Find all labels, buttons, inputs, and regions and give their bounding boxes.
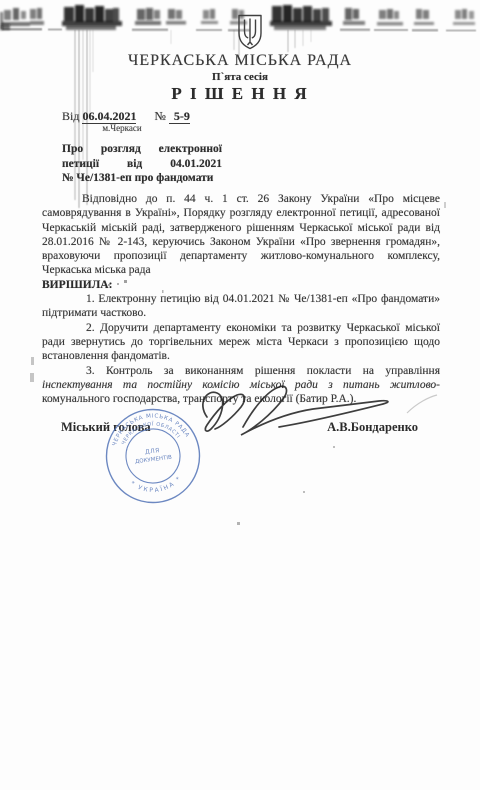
scanned-document-page: ЧЕРКАСЬКА МІСЬКА РАДА П`ята сесія Р І Ш … — [0, 0, 480, 790]
resolved-label: ВИРІШИЛА: — [42, 278, 440, 292]
subject-block: Про розгляд електронної петиції від 04.0… — [62, 142, 222, 186]
subject-line: петиції від 04.01.2021 — [62, 157, 222, 172]
document-body: Відповідно до п. 44 ч. 1 ст. 26 Закону У… — [42, 192, 440, 406]
date-number-line: Від 06.04.2021 № 5-9 — [62, 109, 190, 124]
preamble-paragraph: Відповідно до п. 44 ч. 1 ст. 26 Закону У… — [42, 192, 440, 278]
document-type-title: Р І Ш Е Н Н Я — [0, 84, 480, 104]
svg-text:ЧЕРКАСЬКА МІСЬКА РАДА: ЧЕРКАСЬКА МІСЬКА РАДА — [109, 409, 191, 448]
stamp-outer-ring-text: ЧЕРКАСЬКА МІСЬКА РАДА — [109, 409, 191, 448]
item3-start: 3. Контроль за виконанням рішення поклас… — [86, 365, 440, 377]
place-name: м.Черкаси — [89, 123, 155, 133]
official-round-stamp: ЧЕРКАСЬКА МІСЬКА РАДА ЧЕРКАСЬКОЇ ОБЛАСТІ… — [103, 406, 203, 506]
stamp-center-line1: ДЛЯ — [145, 447, 161, 456]
date-label: Від — [62, 109, 79, 123]
subject-line: № Че/1381-еп про фандомати — [62, 171, 222, 186]
decision-item-1: 1. Електронну петицію від 04.01.2021 № Ч… — [42, 292, 440, 321]
org-name: ЧЕРКАСЬКА МІСЬКА РАДА — [0, 52, 480, 70]
number-value: 5-9 — [169, 109, 190, 124]
handwritten-signature — [183, 383, 443, 445]
session-subtitle: П`ята сесія — [0, 71, 480, 83]
date-value: 06.04.2021 — [82, 109, 136, 124]
number-label: № — [154, 109, 165, 123]
stamp-center-line2: ДОКУМЕНТІВ — [135, 455, 173, 465]
subject-line: Про розгляд електронної — [62, 142, 222, 157]
decision-item-2: 2. Доручити департаменту економіки та ро… — [42, 321, 440, 364]
ukraine-trident-emblem-icon — [236, 14, 264, 50]
